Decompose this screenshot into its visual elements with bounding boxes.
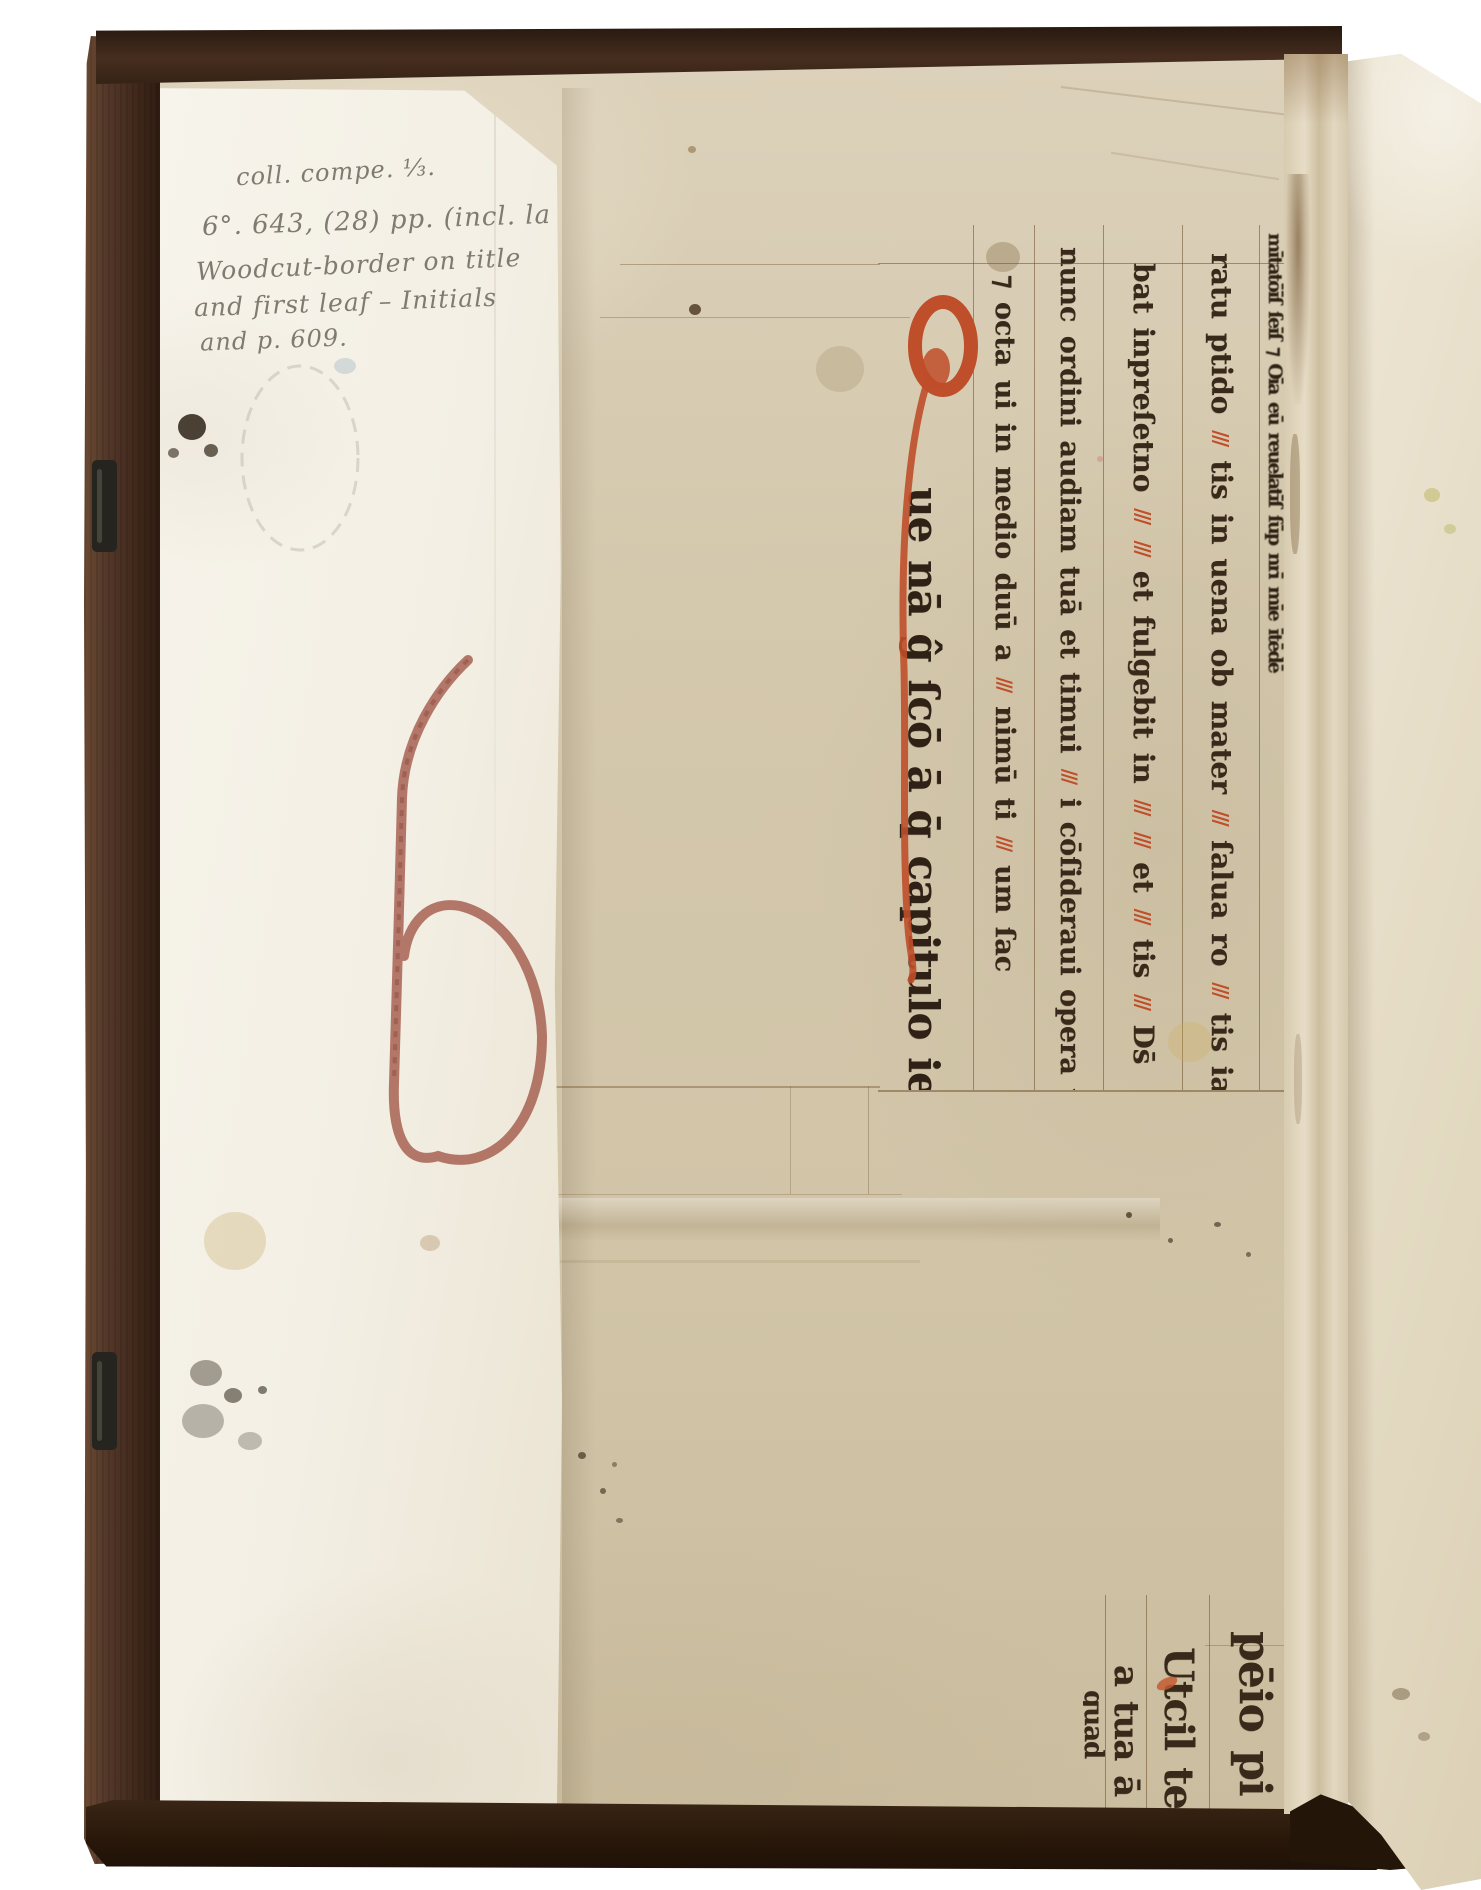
- red-neume-dashes: ///: [1131, 832, 1155, 847]
- ruling-line: [790, 1086, 791, 1194]
- vellum-crease: [500, 1260, 920, 1263]
- red-initial-q: [896, 288, 992, 998]
- ink-speck: [258, 1386, 267, 1394]
- yellow-stain: [204, 1212, 266, 1270]
- manuscript-rotated-lines: pēio piUtcil tea tua āguad: [1083, 1595, 1298, 1812]
- leather-cover-bottom-edge: [86, 1800, 1444, 1870]
- red-neume-dashes: ///: [993, 836, 1016, 850]
- green-spot: [1424, 488, 1440, 502]
- blue-smudge: [334, 358, 356, 374]
- red-neume-dashes: ///: [1209, 810, 1233, 825]
- vellum-crease: [480, 1198, 1160, 1242]
- stain: [1214, 1222, 1221, 1227]
- manuscript-line: nunc ordini audiam tuā et timui /// i cō…: [1035, 225, 1104, 1090]
- stain: [1097, 456, 1103, 462]
- red-neume-dashes: ///: [1209, 430, 1233, 445]
- ruling-line: [620, 264, 880, 265]
- dirt-speck: [1418, 1732, 1430, 1741]
- pencil-smudge: [242, 366, 358, 550]
- red-neume-dashes: ///: [1131, 540, 1155, 555]
- manuscript-line: guad: [1083, 1595, 1106, 1812]
- stain: [1168, 1238, 1173, 1243]
- ink-stain: [190, 1360, 222, 1386]
- stain: [612, 1462, 617, 1467]
- manuscript-line: bat inpreſetno /// /// et fulgebit in //…: [1104, 225, 1183, 1090]
- stain: [1246, 1252, 1251, 1257]
- brown-spot: [420, 1235, 440, 1251]
- red-neume-dashes: ///: [1131, 994, 1155, 1009]
- photo-of-book-inner-board: mītatōīſ ſeīſ ⁊ Oīa eū reuelatīſ ſūp nrī…: [0, 0, 1481, 1890]
- red-neume-dashes: ///: [1131, 508, 1155, 523]
- dirt-speck: [1392, 1688, 1410, 1700]
- stain: [1126, 1212, 1132, 1218]
- gutter-fold: [1284, 54, 1348, 1814]
- red-neume-dashes: ///: [1131, 799, 1155, 814]
- red-crayon-texture: [394, 660, 468, 1083]
- ink-stain: [224, 1388, 242, 1403]
- stain: [986, 242, 1020, 272]
- ruling-line: [868, 1086, 869, 1194]
- dirt-smudge: [182, 1404, 224, 1438]
- stain: [816, 346, 864, 392]
- stain: [616, 1518, 623, 1523]
- manuscript-line: ratu ptido /// tis in uena ob mater /// …: [1183, 225, 1260, 1090]
- grime-streak: [1294, 1034, 1302, 1124]
- grime-streak: [1290, 434, 1300, 554]
- ink-stain: [204, 444, 218, 457]
- flyleaf-edge-shadow: [562, 88, 596, 1812]
- stain: [688, 146, 696, 153]
- stain: [578, 1452, 586, 1459]
- manuscript-text-block-bottom: pēio piUtcil tea tua āguad: [1083, 1595, 1298, 1812]
- ink-stain: [178, 414, 206, 440]
- red-neume-dashes: ///: [1058, 769, 1081, 783]
- dirt-smudge: [238, 1432, 262, 1450]
- red-neume-dashes: ///: [1131, 909, 1155, 924]
- manuscript-line: a tua ā: [1106, 1595, 1147, 1812]
- stain: [600, 1488, 606, 1494]
- green-spot: [1444, 524, 1456, 534]
- flyleaf-marks: [138, 88, 562, 1814]
- white-flyleaf: coll. compe. ⅓.6°. 643, (28) pp. (incl. …: [138, 88, 562, 1814]
- ruling-line: [600, 317, 910, 318]
- manuscript-line: Utcil te: [1147, 1595, 1210, 1812]
- ink-stain: [168, 448, 179, 458]
- clasp-remnant: [92, 1352, 117, 1450]
- stain: [1168, 1022, 1212, 1062]
- stain: [689, 304, 701, 315]
- clasp-remnant: [92, 460, 117, 552]
- red-neume-dashes: ///: [993, 677, 1016, 691]
- leather-cover-left-edge: [84, 36, 160, 1864]
- red-neume-dashes: ///: [1209, 982, 1233, 997]
- facing-leaf: [1348, 52, 1481, 1890]
